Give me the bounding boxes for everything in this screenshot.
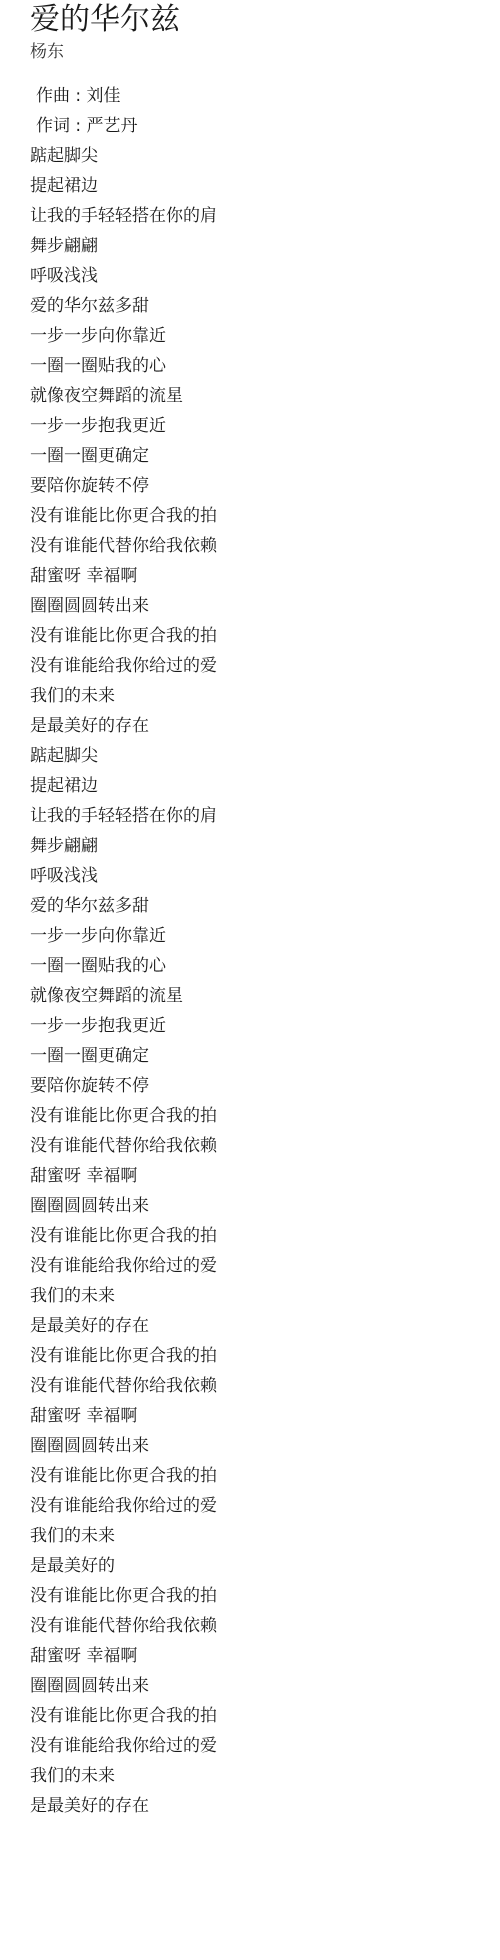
lyric-line: 没有谁能比你更合我的拍: [30, 1581, 217, 1611]
lyric-line: 爱的华尔兹多甜: [30, 891, 217, 921]
lyric-line: 圈圈圆圆转出来: [30, 1191, 217, 1221]
lyric-line: 踮起脚尖: [30, 741, 217, 771]
lyric-line: 一圈一圈贴我的心: [30, 351, 217, 381]
lyric-line: 是最美好的存在: [30, 1791, 217, 1821]
lyric-line: 一圈一圈更确定: [30, 1041, 217, 1071]
lyric-line: 一步一步向你靠近: [30, 921, 217, 951]
lyric-line: 要陪你旋转不停: [30, 471, 217, 501]
lyric-line: 没有谁能给我你给过的爱: [30, 1251, 217, 1281]
lyric-line: 我们的未来: [30, 681, 217, 711]
lyric-line: 是最美好的存在: [30, 1311, 217, 1341]
lyricist-credit: 作词 : 严艺丹: [30, 111, 217, 141]
lyric-line: 没有谁能代替你给我依赖: [30, 1131, 217, 1161]
lyric-line: 要陪你旋转不停: [30, 1071, 217, 1101]
lyric-line: 没有谁能比你更合我的拍: [30, 1461, 217, 1491]
lyric-line: 我们的未来: [30, 1281, 217, 1311]
lyric-line: 圈圈圆圆转出来: [30, 591, 217, 621]
lyric-line: 一步一步向你靠近: [30, 321, 217, 351]
lyric-line: 甜蜜呀 幸福啊: [30, 1161, 217, 1191]
lyric-line: 踮起脚尖: [30, 141, 217, 171]
lyric-line: 甜蜜呀 幸福啊: [30, 561, 217, 591]
lyric-line: 没有谁能给我你给过的爱: [30, 1491, 217, 1521]
lyric-line: 没有谁能比你更合我的拍: [30, 1221, 217, 1251]
lyric-line: 提起裙边: [30, 171, 217, 201]
lyric-line: 一步一步抱我更近: [30, 1011, 217, 1041]
lyric-line: 没有谁能代替你给我依赖: [30, 531, 217, 561]
lyric-line: 圈圈圆圆转出来: [30, 1671, 217, 1701]
lyric-line: 舞步翩翩: [30, 231, 217, 261]
lyric-line: 没有谁能代替你给我依赖: [30, 1371, 217, 1401]
lyric-line: 甜蜜呀 幸福啊: [30, 1641, 217, 1671]
lyric-line: 就像夜空舞蹈的流星: [30, 981, 217, 1011]
lyric-line: 让我的手轻轻搭在你的肩: [30, 801, 217, 831]
lyric-line: 一圈一圈贴我的心: [30, 951, 217, 981]
lyric-line: 没有谁能比你更合我的拍: [30, 1101, 217, 1131]
composer-credit: 作曲 : 刘佳: [30, 81, 217, 111]
lyric-line: 没有谁能代替你给我依赖: [30, 1611, 217, 1641]
lyric-line: 舞步翩翩: [30, 831, 217, 861]
lyric-line: 没有谁能给我你给过的爱: [30, 651, 217, 681]
lyric-line: 我们的未来: [30, 1761, 217, 1791]
artist-name: 杨东: [30, 40, 64, 64]
lyric-line: 没有谁能比你更合我的拍: [30, 1701, 217, 1731]
lyric-line: 甜蜜呀 幸福啊: [30, 1401, 217, 1431]
lyric-line: 是最美好的存在: [30, 711, 217, 741]
lyric-line: 没有谁能比你更合我的拍: [30, 1341, 217, 1371]
lyric-line: 就像夜空舞蹈的流星: [30, 381, 217, 411]
song-title: 爱的华尔兹: [30, 0, 180, 40]
lyric-line: 没有谁能比你更合我的拍: [30, 501, 217, 531]
lyric-line: 是最美好的: [30, 1551, 217, 1581]
lyric-line: 圈圈圆圆转出来: [30, 1431, 217, 1461]
lyric-line: 我们的未来: [30, 1521, 217, 1551]
lyric-line: 没有谁能比你更合我的拍: [30, 621, 217, 651]
lyric-line: 呼吸浅浅: [30, 261, 217, 291]
lyric-line: 一圈一圈更确定: [30, 441, 217, 471]
lyrics-list: 作曲 : 刘佳 作词 : 严艺丹 踮起脚尖提起裙边让我的手轻轻搭在你的肩舞步翩翩…: [30, 81, 217, 1821]
lyric-line: 呼吸浅浅: [30, 861, 217, 891]
lyric-line: 让我的手轻轻搭在你的肩: [30, 201, 217, 231]
lyric-line: 爱的华尔兹多甜: [30, 291, 217, 321]
lyric-line: 一步一步抱我更近: [30, 411, 217, 441]
lyric-line: 没有谁能给我你给过的爱: [30, 1731, 217, 1761]
lyric-line: 提起裙边: [30, 771, 217, 801]
